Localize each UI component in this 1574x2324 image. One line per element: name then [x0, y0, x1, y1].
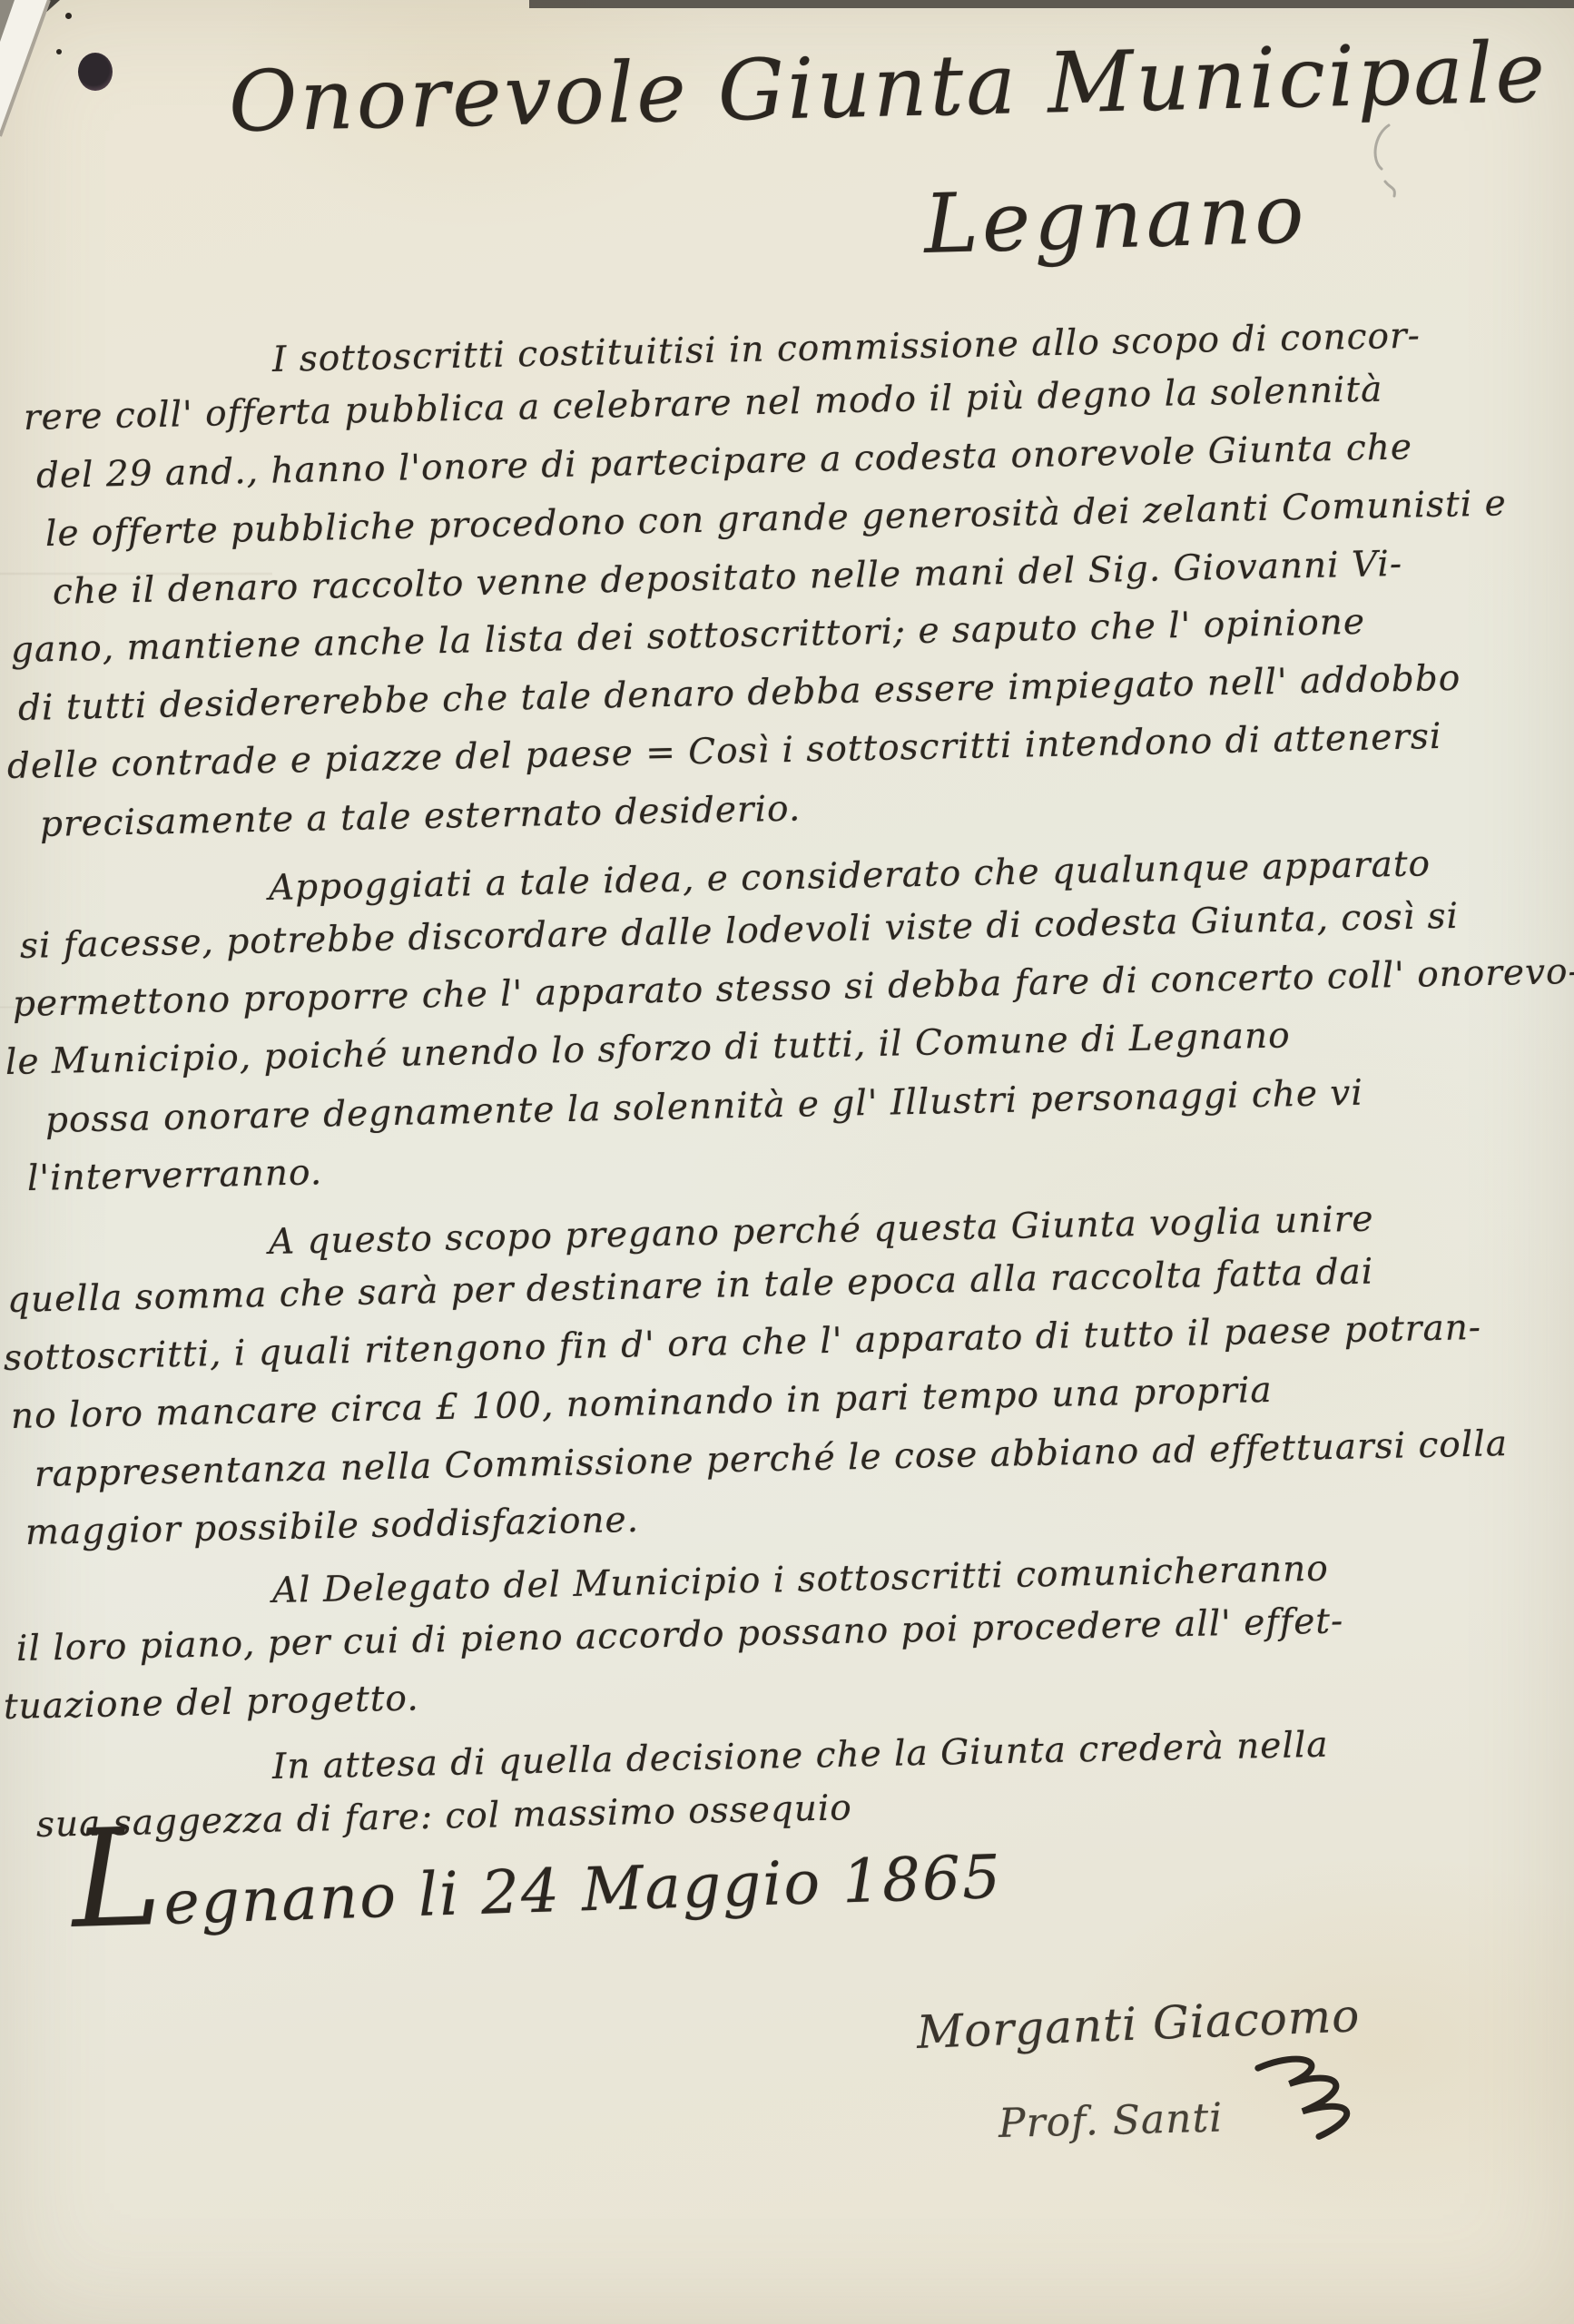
- body-line: rere coll' offerta pubblica a celebrare …: [24, 371, 1383, 438]
- scan-edge-mark: [529, 0, 1574, 8]
- body-line: si facesse, potrebbe discordare dalle lo…: [20, 898, 1460, 967]
- body-line: possa onorare degnamente la solennità e …: [45, 1075, 1364, 1141]
- body-line: delle contrade e piazze del paese = Così…: [7, 718, 1442, 787]
- ink-dot: [56, 49, 62, 54]
- body-line: sottoscritti, i quali ritengono fin d' o…: [4, 1309, 1482, 1379]
- body-line: di tutti desidererebbe che tale denaro d…: [18, 660, 1461, 729]
- body-line: permettono proporre che l' apparato stes…: [13, 953, 1574, 1025]
- body-line: le offerte pubbliche procedono con grand…: [45, 485, 1508, 555]
- letter-subheading: Legnano: [923, 169, 1309, 270]
- body-line: le Municipio, poiché unendo lo sforzo di…: [5, 1017, 1292, 1083]
- folded-corner: [0, 0, 64, 145]
- body-line: no loro mancare circa £ 100, nominando i…: [11, 1372, 1273, 1437]
- signature-prof-santi: Prof. Santi: [998, 2097, 1223, 2147]
- signature-morganti-giacomo: Morganti Giacomo: [916, 1991, 1361, 2058]
- body-line: Al Delegato del Municipio i sottoscritti…: [272, 1551, 1330, 1611]
- body-line: del 29 and., hanno l'onore di partecipar…: [36, 428, 1413, 497]
- body-line: I sottoscritti costituitisi in commissio…: [272, 318, 1422, 380]
- ink-dot: [65, 13, 72, 19]
- body-line: quella somma che sarà per destinare in t…: [7, 1253, 1374, 1320]
- body-line: gano, mantiene anche la lista dei sottos…: [11, 604, 1366, 671]
- letter-heading: Onorevole Giunta Municipale: [228, 26, 1549, 148]
- hole-punch-mark: [78, 53, 113, 91]
- body-line: il loro piano, per cui di pieno accordo …: [16, 1602, 1344, 1669]
- body-line: che il denaro raccolto venne depositato …: [53, 546, 1403, 613]
- pencil-squiggle: [1354, 118, 1436, 245]
- dateline: Legnano li 24 Maggio 1865: [72, 1845, 1003, 1940]
- body-line: A questo scopo pregano perché questa Giu…: [269, 1201, 1374, 1263]
- body-line: l'interverranno.: [27, 1154, 323, 1199]
- body-line: Appoggiati a tale idea, e considerato ch…: [269, 845, 1431, 909]
- manuscript-page: Onorevole Giunta Municipale Legnano I so…: [0, 0, 1574, 2324]
- body-line: In attesa di quella decisione che la Giu…: [272, 1727, 1329, 1787]
- body-line: maggior possibile soddisfazione.: [25, 1502, 640, 1553]
- body-line: precisamente a tale esternato desiderio.: [40, 790, 802, 844]
- signature-flourish: [1247, 2043, 1379, 2167]
- body-line: rappresentanza nella Commissione perché …: [34, 1425, 1509, 1495]
- body-line: tuazione del progetto.: [4, 1679, 420, 1727]
